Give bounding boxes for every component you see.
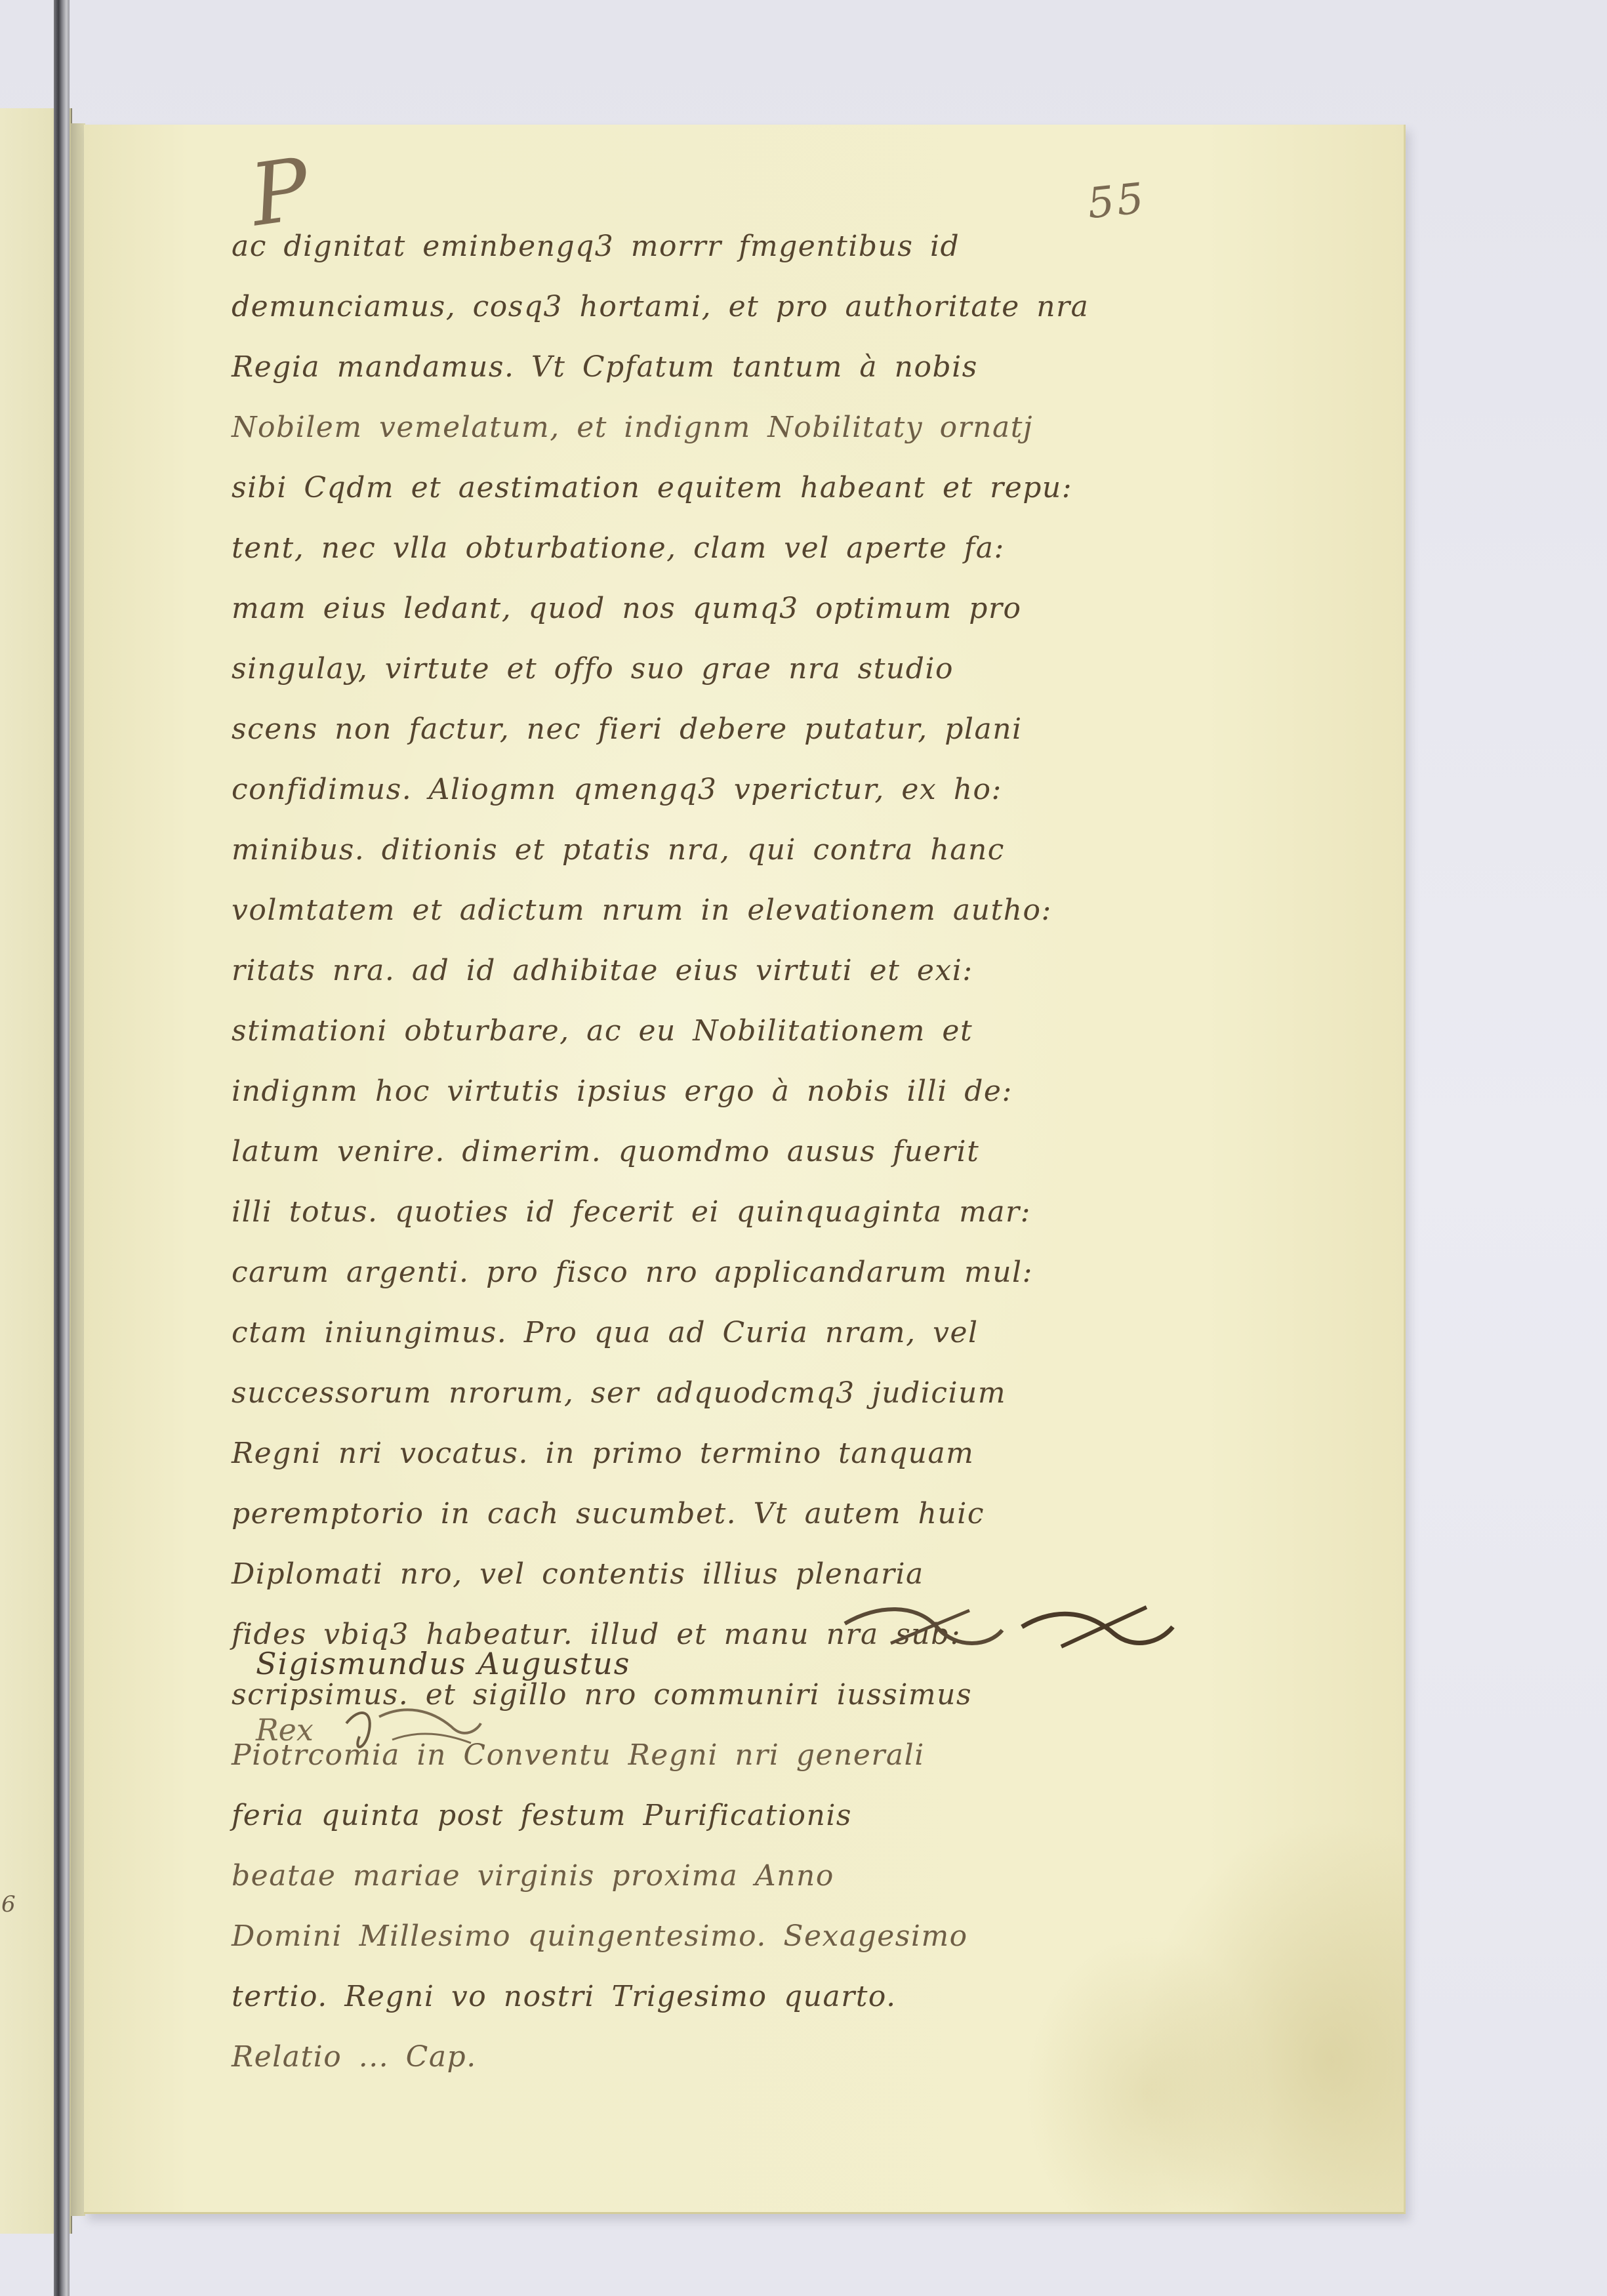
manuscript-page: 55 P ac dignitat eminbengq3 morrr fmgent… xyxy=(84,125,1406,2214)
text-line: sibi Cqdm et aestimation equitem habeant… xyxy=(232,458,1242,518)
text-line: minibus. ditionis et ptatis nra, qui con… xyxy=(232,820,1242,880)
text-line: peremptorio in cach sucumbet. Vt autem h… xyxy=(232,1484,1242,1544)
text-line: Regni nri vocatus. in primo termino tanq… xyxy=(232,1424,1242,1484)
line-end-flourish-icon xyxy=(838,1597,1179,1656)
text-line: Domini Millesimo quingentesimo. Sexagesi… xyxy=(232,1906,1242,1967)
text-line: mam eius ledant, quod nos qumq3 optimum … xyxy=(232,579,1242,639)
text-line: latum venire. dimerim. quomdmo ausus fue… xyxy=(232,1122,1242,1182)
text-line: Relatio ... Cap. xyxy=(232,2027,1242,2087)
book-binding xyxy=(54,0,70,2296)
text-line: ritats nra. ad id adhibitae eius virtuti… xyxy=(232,941,1242,1001)
text-line: indignm hoc virtutis ipsius ergo à nobis… xyxy=(232,1061,1242,1122)
text-line: Nobilem vemelatum, et indignm Nobilitaty… xyxy=(232,398,1242,458)
text-line: ctam iniungimus. Pro qua ad Curia nram, … xyxy=(232,1303,1242,1363)
text-line: Regia mandamus. Vt Cpfatum tantum à nobi… xyxy=(232,337,1242,398)
text-line: illi totus. quoties id fecerit ei quinqu… xyxy=(232,1182,1242,1242)
royal-signature: Sigismundus Augustus Rex xyxy=(256,1633,630,1766)
text-line: feria quinta post festum Purificationis xyxy=(232,1786,1242,1846)
text-line: singulay, virtute et offo suo grae nra s… xyxy=(232,639,1242,699)
text-line: beatae mariae virginis proxima Anno xyxy=(232,1846,1242,1906)
text-line: scens non factur, nec fieri debere putat… xyxy=(232,699,1242,760)
signature-title: Rex xyxy=(256,1694,314,1766)
text-line: tent, nec vlla obturbatione, clam vel ap… xyxy=(232,518,1242,579)
text-line: confidimus. Aliogmn qmengq3 vperictur, e… xyxy=(232,760,1242,820)
gutter-shadow xyxy=(71,123,85,2216)
text-line: ac dignitat eminbengq3 morrr fmgentibus … xyxy=(232,216,1242,277)
text-line: volmtatem et adictum nrum in elevationem… xyxy=(232,880,1242,941)
text-line: tertio. Regni vo nostri Trigesimo quarto… xyxy=(232,1967,1242,2027)
signature-name: Sigismundus Augustus xyxy=(256,1633,630,1694)
signature-title-row: Rex xyxy=(256,1694,630,1766)
text-line: demunciamus, cosq3 hortami, et pro autho… xyxy=(232,277,1242,337)
text-line: carum argenti. pro fisco nro applicandar… xyxy=(232,1242,1242,1303)
text-line: successorum nrorum, ser adquodcmq3 judic… xyxy=(232,1363,1242,1424)
paraph-flourish-icon xyxy=(340,1704,484,1756)
text-line: stimationi obturbare, ac eu Nobilitation… xyxy=(232,1001,1242,1061)
text-line: Diplomati nro, vel contentis illius plen… xyxy=(232,1544,1242,1605)
manuscript-text: ac dignitat eminbengq3 morrr fmgentibus … xyxy=(232,216,1242,2087)
verso-margin-mark: 6 xyxy=(1,1891,16,1917)
